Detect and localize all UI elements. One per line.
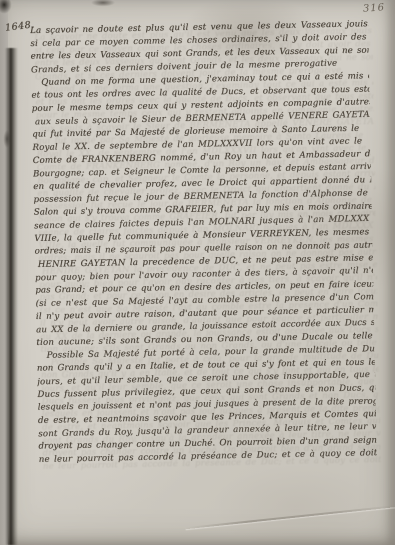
- folio-number: 316: [363, 2, 386, 15]
- ink-smudge-top-left: [0, 0, 14, 16]
- ink-smudge-left-margin: [2, 126, 12, 152]
- manuscript-page: 316 1648. La sçavoir ne doute est plus q…: [0, 0, 395, 545]
- bleed-through-text: La sçavoir ne doute est plus qu'il est v…: [34, 25, 381, 484]
- ink-smudge-top-edge: [86, 0, 120, 9]
- paper-crease: [185, 505, 395, 529]
- binding-shadow: [5, 48, 18, 545]
